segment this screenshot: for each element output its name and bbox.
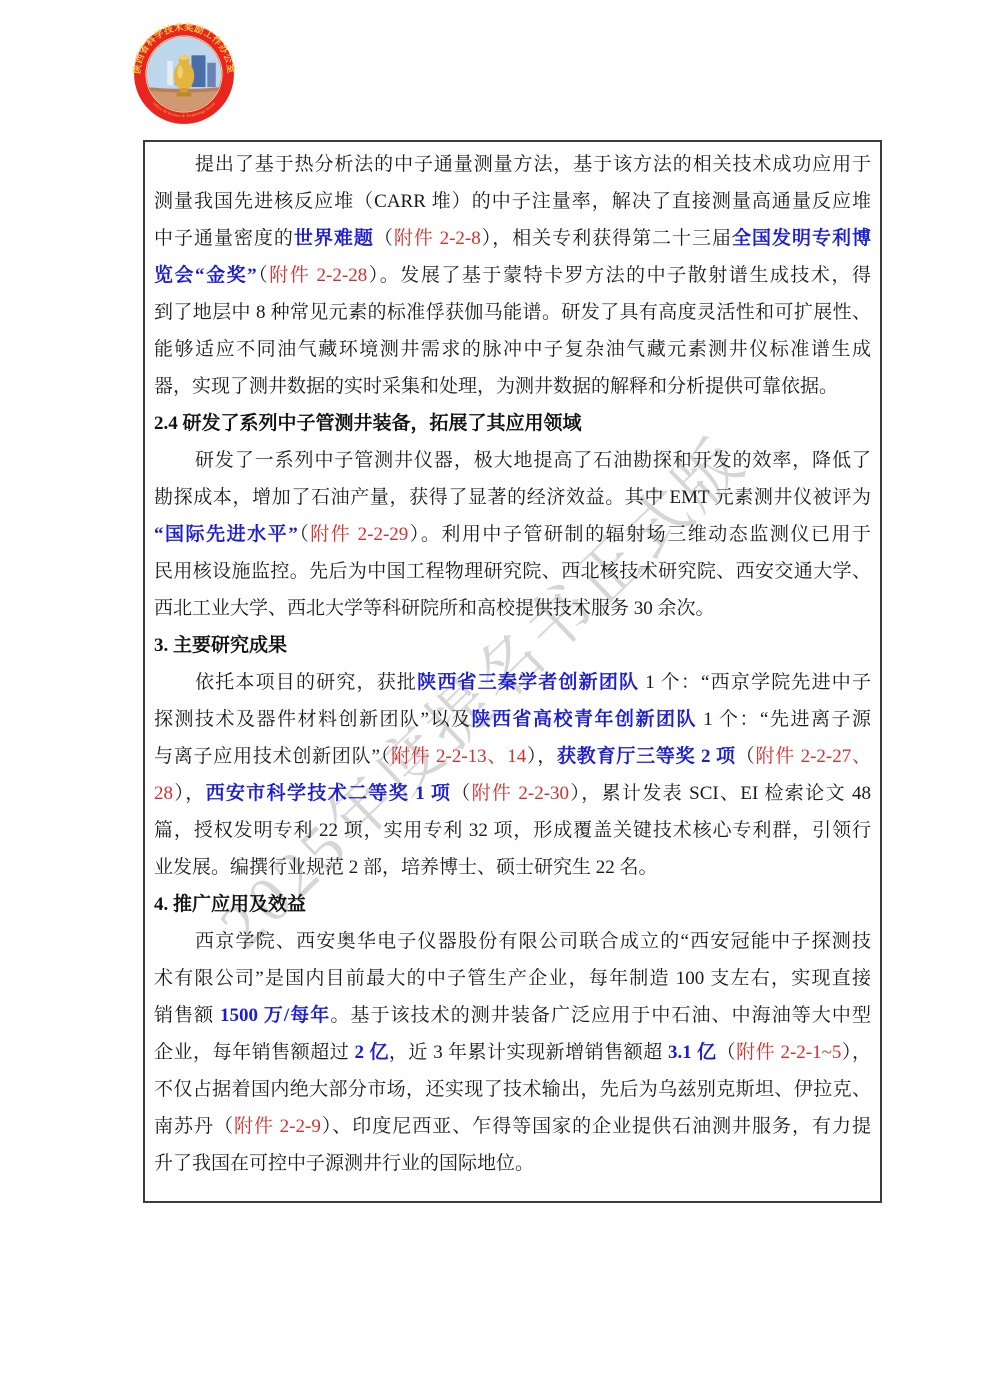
body-text: 探测技术及器件材料创新团队”以及 [154, 709, 471, 730]
body-text: 术有限公司”是国内目前最大的中子管生产企业，每年制造 100 支左右，实现直接 [154, 968, 871, 989]
body-text: 中子通量密度的 [154, 228, 294, 249]
text-line: 能够适应不同油气藏环境测井需求的脉冲中子复杂油气藏元素测井仪标准谱生成 [154, 331, 871, 368]
body-text: ）， [173, 783, 206, 804]
body-text: ），累计发表 SCI、EI 检索论文 48 [569, 783, 871, 804]
highlight-text: 世界难题 [294, 228, 374, 249]
body-text: 篇，授权发明专利 22 项，实用专利 32 项，形成覆盖关键技术核心专利群，引领… [154, 820, 871, 841]
text-line: 西京学院、西安奥华电子仪器股份有限公司联合成立的“西安冠能中子探测技 [154, 923, 871, 960]
body-text: ，近 3 年累计实现新增销售额超 [389, 1042, 668, 1063]
highlight-text: 西安市科学技术二等奖 1 项 [206, 783, 452, 804]
attachment-ref: 附件 2-2-8 [394, 228, 481, 249]
text-line: 提出了基于热分析法的中子通量测量方法，基于该方法的相关技术成功应用于 [154, 146, 871, 183]
text-line: 探测技术及器件材料创新团队”以及陕西省高校青年创新团队 1 个：“先进离子源 [154, 701, 871, 738]
text-line: 术有限公司”是国内目前最大的中子管生产企业，每年制造 100 支左右，实现直接 [154, 960, 871, 997]
text-line: 企业，每年销售额超过 2 亿，近 3 年累计实现新增销售额超 3.1 亿（附件 … [154, 1034, 871, 1071]
body-text: （ [717, 1042, 737, 1063]
text-line: 业发展。编撰行业规范 2 部，培养博士、硕士研究生 22 名。 [154, 849, 871, 886]
section-heading: 4. 推广应用及效益 [154, 894, 306, 915]
body-text: 西京学院、西安奥华电子仪器股份有限公司联合成立的“西安冠能中子探测技 [195, 931, 871, 952]
text-line: 与离子应用技术创新团队”（附件 2-2-13、14），获教育厅三等奖 2 项（附… [154, 738, 871, 775]
body-text: 升了我国在可控中子源测井行业的国际地位。 [154, 1153, 534, 1174]
body-text: （ [374, 228, 394, 249]
body-text: 到了地层中 8 种常见元素的标准俘获伽马能谱。研发了具有高度灵活性和可扩展性、 [154, 302, 871, 323]
highlight-text: 3.1 亿 [668, 1042, 717, 1063]
body-text: 业发展。编撰行业规范 2 部，培养博士、硕士研究生 22 名。 [154, 857, 658, 878]
body-text: ）， [526, 746, 557, 767]
body-text: 勘探成本，增加了石油产量，获得了显著的经济效益。其中 EMT 元素测井仪被评为 [154, 487, 871, 508]
text-line: 依托本项目的研究，获批陕西省三秦学者创新团队 1 个：“西京学院先进中子 [154, 664, 871, 701]
organization-seal-icon: 陕西省科学技术奖励工作办公室 Office Of Science & Techn… [128, 18, 240, 130]
body-text: 1 个：“西京学院先进中子 [639, 672, 871, 693]
body-text: ）。发展了基于蒙特卡罗方法的中子散射谱生成技术，得 [367, 265, 871, 286]
body-text: 。基于该技术的测井装备广泛应用于中石油、中海油等大中型 [330, 1005, 871, 1026]
section-heading: 2.4 研发了系列中子管测井装备，拓展了其应用领域 [154, 413, 582, 434]
text-line: 销售额 1500 万/每年。基于该技术的测井装备广泛应用于中石油、中海油等大中型 [154, 997, 871, 1034]
highlight-text: 陕西省三秦学者创新团队 [417, 672, 639, 693]
body-text: （ [257, 265, 270, 286]
body-text: 西北工业大学、西北大学等科研院所和高校提供技术服务 30 余次。 [154, 598, 715, 619]
heading-line: 2.4 研发了系列中子管测井装备，拓展了其应用领域 [154, 405, 871, 442]
highlight-text: 览会“金奖” [154, 265, 257, 286]
text-line: 不仅占据着国内绝大部分市场，还实现了技术输出，先后为乌兹别克斯坦、伊拉克、 [154, 1071, 871, 1108]
text-line: 器，实现了测井数据的实时采集和处理，为测井数据的解释和分析提供可靠依据。 [154, 368, 871, 405]
attachment-ref: 28 [154, 783, 173, 804]
seal-center-image [147, 37, 222, 112]
highlight-text: “国际先进水平” [154, 524, 298, 545]
body-text: （ [736, 746, 756, 767]
attachment-ref: 附件 2-2-28 [269, 265, 367, 286]
highlight-text: 陕西省高校青年创新团队 [471, 709, 697, 730]
highlight-text: 2 亿 [355, 1042, 389, 1063]
body-text: 依托本项目的研究，获批 [195, 672, 417, 693]
body-text: ），相关专利获得第二十三届 [481, 228, 732, 249]
body-text: 不仅占据着国内绝大部分市场，还实现了技术输出，先后为乌兹别克斯坦、伊拉克、 [154, 1079, 871, 1100]
text-line: 到了地层中 8 种常见元素的标准俘获伽马能谱。研发了具有高度灵活性和可扩展性、 [154, 294, 871, 331]
document-body: 提出了基于热分析法的中子通量测量方法，基于该方法的相关技术成功应用于测量我国先进… [143, 140, 882, 1203]
body-text: 民用核设施监控。先后为中国工程物理研究院、西北核技术研究院、西安交通大学、 [154, 561, 871, 582]
heading-line: 3. 主要研究成果 [154, 627, 871, 664]
body-text: ）、印度尼西亚、乍得等国家的企业提供石油测井服务，有力提 [321, 1116, 871, 1137]
attachment-ref: 附件 2-2-30 [472, 783, 569, 804]
text-line: 篇，授权发明专利 22 项，实用专利 32 项，形成覆盖关键技术核心专利群，引领… [154, 812, 871, 849]
body-text: 企业，每年销售额超过 [154, 1042, 355, 1063]
text-line: 南苏丹（附件 2-2-9）、印度尼西亚、乍得等国家的企业提供石油测井服务，有力提 [154, 1108, 871, 1145]
attachment-ref: 附件 2-2-13、14 [391, 746, 526, 767]
attachment-ref: 附件 2-2-27、 [756, 746, 871, 767]
text-line: 勘探成本，增加了石油产量，获得了显著的经济效益。其中 EMT 元素测井仪被评为 [154, 479, 871, 516]
body-text: 测量我国先进核反应堆（CARR 堆）的中子注量率，解决了直接测量高通量反应堆 [154, 191, 871, 212]
body-text: 能够适应不同油气藏环境测井需求的脉冲中子复杂油气藏元素测井仪标准谱生成 [154, 339, 871, 360]
body-text: 器，实现了测井数据的实时采集和处理，为测井数据的解释和分析提供可靠依据。 [154, 376, 838, 397]
highlight-text: 全国发明专利博 [732, 228, 871, 249]
highlight-text: 获教育厅三等奖 2 项 [557, 746, 736, 767]
page-background: 陕西省科学技术奖励工作办公室 Office Of Science & Techn… [0, 0, 990, 1399]
attachment-ref: 附件 2-2-29 [310, 524, 408, 545]
text-line: 览会“金奖”（附件 2-2-28）。发展了基于蒙特卡罗方法的中子散射谱生成技术，… [154, 257, 871, 294]
text-line: 研发了一系列中子管测井仪器，极大地提高了石油勘探和开发的效率，降低了 [154, 442, 871, 479]
text-line: 西北工业大学、西北大学等科研院所和高校提供技术服务 30 余次。 [154, 590, 871, 627]
body-text: 1 个：“先进离子源 [697, 709, 871, 730]
text-line: 升了我国在可控中子源测井行业的国际地位。 [154, 1145, 871, 1182]
section-heading: 3. 主要研究成果 [154, 635, 287, 656]
body-text: 研发了一系列中子管测井仪器，极大地提高了石油勘探和开发的效率，降低了 [195, 450, 871, 471]
text-line: 测量我国先进核反应堆（CARR 堆）的中子注量率，解决了直接测量高通量反应堆 [154, 183, 871, 220]
body-text: 销售额 [154, 1005, 220, 1026]
highlight-text: 1500 万/每年 [220, 1005, 330, 1026]
text-line: 民用核设施监控。先后为中国工程物理研究院、西北核技术研究院、西安交通大学、 [154, 553, 871, 590]
text-line: 28），西安市科学技术二等奖 1 项（附件 2-2-30），累计发表 SCI、E… [154, 775, 871, 812]
body-text: ）。利用中子管研制的辐射场三维动态监测仪已用于 [408, 524, 871, 545]
body-text: （ [298, 524, 311, 545]
attachment-ref: 附件 2-2-1~5 [736, 1042, 841, 1063]
body-text: ）， [841, 1042, 871, 1063]
body-text: （ [451, 783, 471, 804]
body-text: 提出了基于热分析法的中子通量测量方法，基于该方法的相关技术成功应用于 [195, 154, 871, 175]
attachment-ref: 附件 2-2-9 [234, 1116, 321, 1137]
text-line: “国际先进水平”（附件 2-2-29）。利用中子管研制的辐射场三维动态监测仪已用… [154, 516, 871, 553]
text-line: 中子通量密度的世界难题（附件 2-2-8），相关专利获得第二十三届全国发明专利博 [154, 220, 871, 257]
heading-line: 4. 推广应用及效益 [154, 886, 871, 923]
body-text: 南苏丹（ [154, 1116, 234, 1137]
body-text: 与离子应用技术创新团队”（ [154, 746, 391, 767]
